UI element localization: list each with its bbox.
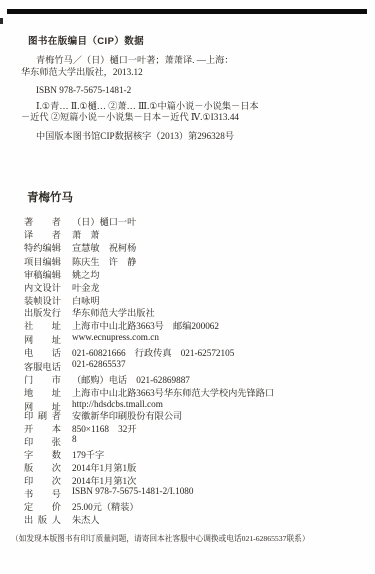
printing-row: 开 本850×1168 32开: [24, 421, 193, 434]
publisher-row: 出 版 人朱杰人: [24, 512, 100, 526]
publishing-row: 网 址www.ecnupress.com.cn: [24, 332, 274, 345]
credits-section: 著 者（日）樋口一叶 译 者萧 萧 特约编辑宣慧敏 祝柯杨 项目编辑陈庆生 许 …: [24, 214, 136, 306]
field-value: 上海市中山北路3663号 邮编200062: [72, 321, 219, 331]
book-title: 青梅竹马: [27, 189, 73, 205]
field-label: 审稿编辑: [24, 267, 61, 281]
printing-row: 定 价25.00元（精装）: [24, 499, 193, 512]
field-label: 出 版 人: [24, 512, 61, 526]
credit-row: 特约编辑宣慧敏 祝柯杨: [24, 240, 136, 253]
field-value: 850×1168 32开: [72, 424, 137, 434]
field-value: 179千字: [72, 450, 104, 460]
field-label: 版 次: [24, 460, 61, 474]
field-value: 华东师范大学出版社: [72, 308, 155, 318]
field-label: 定 价: [24, 499, 61, 513]
field-value: 021-60821666 行政传真 021-62572105: [72, 348, 234, 358]
field-label: 电 话: [24, 345, 61, 359]
field-value: 021-62865537: [72, 359, 126, 369]
field-label: 译 者: [24, 227, 61, 241]
printing-row: 印 次2014年1月第1次: [24, 473, 193, 486]
field-label: 项目编辑: [24, 254, 61, 268]
credit-row: 项目编辑陈庆生 许 静: [24, 254, 136, 267]
field-label: 地 址: [24, 385, 61, 399]
field-value: 陈庆生 许 静: [72, 257, 136, 267]
credit-row: 著 者（日）樋口一叶: [24, 214, 136, 227]
printing-section: 印 刷 者安徽新华印刷股份有限公司 开 本850×1168 32开 印 张8 字…: [24, 408, 193, 512]
field-label: 出版发行: [24, 305, 61, 319]
publishing-section: 出版发行华东师范大学出版社 社 址上海市中山北路3663号 邮编200062 网…: [24, 305, 274, 412]
credit-row: 内文设计叶金龙: [24, 280, 136, 293]
field-value: 宣慧敏 祝柯杨: [72, 243, 136, 253]
field-label: 内文设计: [24, 280, 61, 294]
cip-record: 青梅竹马／（日）樋口一叶著；萧萧译. —上海： 华东师范大学出版社，2013.1…: [21, 55, 361, 78]
printing-row: 印 张8: [24, 434, 193, 447]
field-label: 社 址: [24, 318, 61, 332]
classification-line2: －近代 ②短篇小说－小说集－日本－近代 Ⅳ.①I313.44: [21, 112, 369, 123]
publishing-row: 门 市（邮购）电话 021-62869887: [24, 372, 274, 385]
field-value: 萧 萧: [72, 230, 100, 240]
field-label: 印 次: [24, 473, 61, 487]
publishing-row: 社 址上海市中山北路3663号 邮编200062: [24, 318, 274, 331]
field-value: 8: [72, 434, 77, 444]
field-value: 上海市中山北路3663号华东师范大学校内先锋路口: [72, 388, 274, 398]
field-label: 开 本: [24, 421, 61, 435]
field-value: （日）樋口一叶: [72, 217, 136, 227]
publishing-row: 出版发行华东师范大学出版社: [24, 305, 274, 318]
cip-classification: Ⅰ.①青… Ⅱ.①樋… ②萧… Ⅲ.①中篇小说－小说集－日本 －近代 ②短篇小说…: [21, 101, 369, 123]
field-label: 印 张: [24, 434, 61, 448]
cip-record-line2: 华东师范大学出版社，2013.12: [21, 67, 361, 79]
field-label: 书 号: [24, 486, 61, 500]
field-value: 叶金龙: [72, 283, 100, 293]
printing-row: 书 号ISBN 978-7-5675-1481-2/I.1080: [24, 486, 193, 499]
credit-row: 译 者萧 萧: [24, 227, 136, 240]
field-label: 客服电话: [24, 359, 61, 373]
printing-row: 版 次2014年1月第1版: [24, 460, 193, 473]
field-value: 朱杰人: [72, 515, 100, 525]
top-rule: [7, 9, 367, 14]
field-label: 印 刷 者: [24, 408, 61, 422]
field-value: （邮购）电话 021-62869887: [72, 375, 190, 385]
field-value: www.ecnupress.com.cn: [72, 332, 159, 342]
field-value: 2014年1月第1次: [72, 476, 136, 486]
cip-record-line1: 青梅竹马／（日）樋口一叶著；萧萧译. —上海：: [21, 55, 361, 67]
classification-line1: Ⅰ.①青… Ⅱ.①樋… ②萧… Ⅲ.①中篇小说－小说集－日本: [21, 101, 369, 112]
field-value: 安徽新华印刷股份有限公司: [72, 411, 182, 421]
cip-registry-number: 中国版本图书馆CIP数据核字（2013）第296328号: [36, 128, 234, 142]
printing-row: 印 刷 者安徽新华印刷股份有限公司: [24, 408, 193, 421]
field-label: 门 市: [24, 372, 61, 386]
publishing-row: 客服电话021-62865537: [24, 359, 274, 372]
copyright-page: 图书在版编目（CIP）数据 青梅竹马／（日）樋口一叶著；萧萧译. —上海： 华东…: [0, 0, 375, 574]
field-value: 2014年1月第1版: [72, 463, 136, 473]
field-value: ISBN 978-7-5675-1481-2/I.1080: [72, 486, 193, 496]
cip-header: 图书在版编目（CIP）数据: [28, 33, 144, 47]
field-label: 字 数: [24, 447, 61, 461]
printing-row: 字 数179千字: [24, 447, 193, 460]
field-label: 特约编辑: [24, 240, 61, 254]
field-label: 网 址: [24, 332, 61, 346]
isbn-line: ISBN 978-7-5675-1481-2: [36, 85, 131, 95]
publishing-row: 地 址上海市中山北路3663号华东师范大学校内先锋路口: [24, 385, 274, 398]
scan-artifact: [0, 18, 3, 24]
field-value: 姚之均: [72, 270, 100, 280]
publishing-row: 电 话021-60821666 行政传真 021-62572105: [24, 345, 274, 358]
credit-row: 审稿编辑姚之均: [24, 267, 136, 280]
quality-notice: （如发现本版图书有印订质量问题，请寄回本社客服中心调换或电话021-628655…: [11, 533, 371, 544]
field-value: 25.00元（精装）: [72, 502, 139, 512]
field-label: 著 者: [24, 214, 61, 228]
